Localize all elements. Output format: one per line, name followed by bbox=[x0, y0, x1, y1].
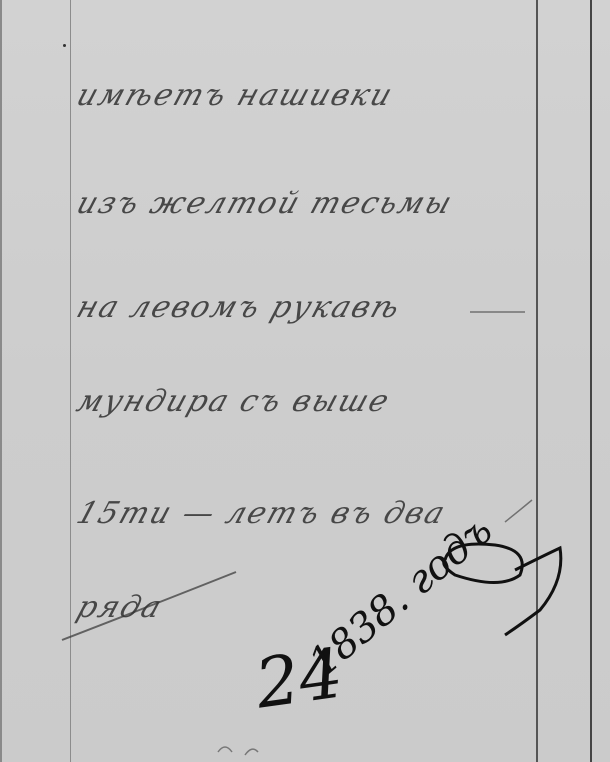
document-page: имѣетъ нашивки изъ желтой тесьмы на лево… bbox=[0, 0, 610, 762]
